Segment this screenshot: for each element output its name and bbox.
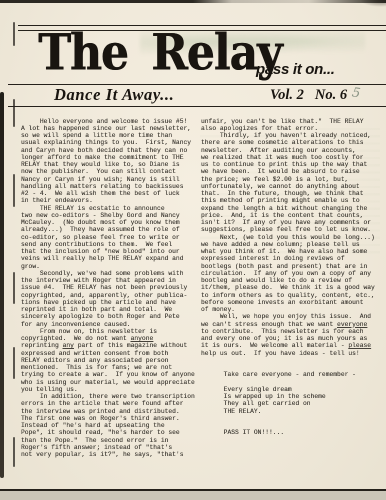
feature-title: Dance It Away... <box>54 85 174 105</box>
staple-mark <box>13 347 15 379</box>
staple-mark <box>13 174 15 207</box>
volume-label: Vol. 2 <box>270 87 304 104</box>
masthead-title: The Relay <box>38 29 281 78</box>
body-column-right: unfair, you can't be like that." THE REL… <box>201 118 384 437</box>
staple-mark <box>13 99 15 127</box>
staple-mark <box>13 437 15 467</box>
scan-edge-top <box>0 0 386 3</box>
masthead-tagline: pass it on... <box>256 61 335 78</box>
staple-mark <box>13 22 15 46</box>
scan-edge-left <box>0 92 4 478</box>
scan-smudge-top-right <box>360 0 386 7</box>
volume-issue: Vol. 2 No. 6 <box>270 87 347 104</box>
body-column-left: Hello everyone and welcome to issue #5! … <box>21 118 199 459</box>
issue-label: No. 6 <box>315 87 347 104</box>
handwritten-note: 5 <box>351 85 362 101</box>
staple-mark <box>13 272 15 304</box>
scan-background-strip <box>0 491 386 500</box>
newsletter-page: The Relay pass it on... Dance It Away...… <box>0 0 386 500</box>
feature-band-bottom-rule <box>8 106 386 108</box>
